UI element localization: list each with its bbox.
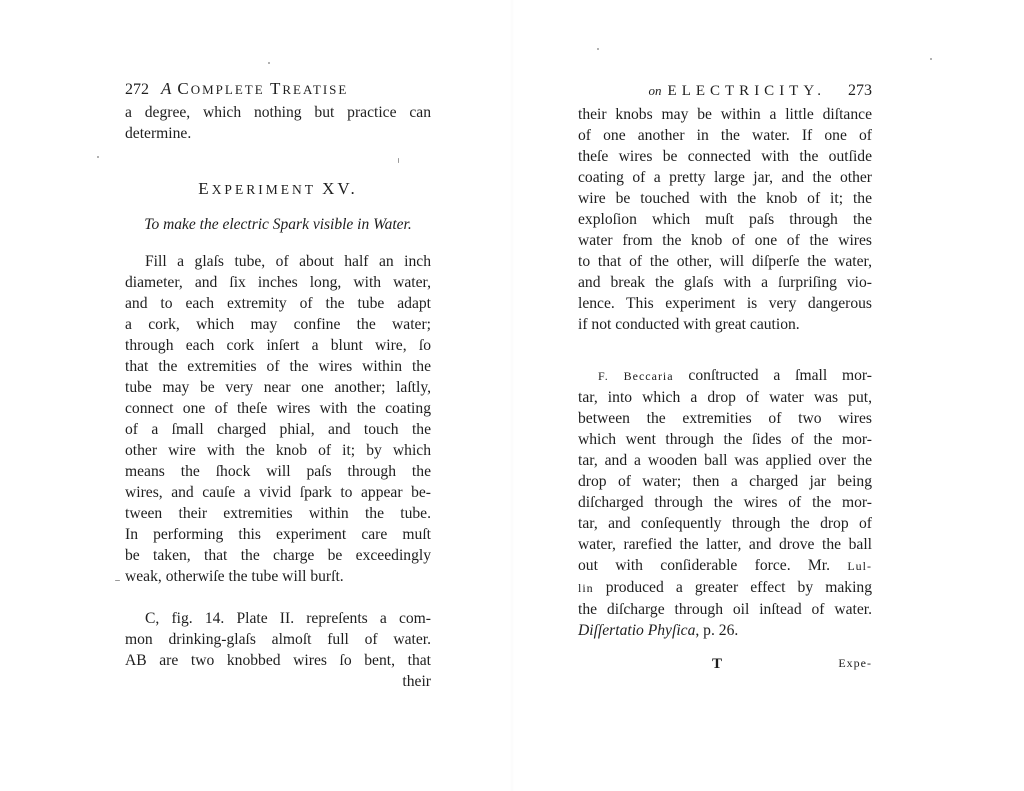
experiment-subheading: To make the electric Spark visible in Wa…	[125, 214, 431, 235]
text-line: and to each extremity of the tube adapt	[125, 293, 431, 314]
text-line: F. Beccaria conſtructed a ſmall mor-	[578, 365, 872, 387]
text-line: wire be touched with the knob of it; the	[578, 188, 872, 209]
text-line: if not conducted with great caution.	[578, 314, 872, 335]
running-head-title-left: COMPLETE TREATISE	[177, 78, 348, 100]
text-line: means the ſhock will paſs through the	[125, 461, 431, 482]
text-line: tar, into which a drop of water was put,	[578, 387, 872, 408]
text-line: tar, and conſequently through the drop o…	[578, 513, 872, 534]
text-line: tar, and a wooden ball was applied over …	[578, 450, 872, 471]
text-line: mon drinking-glaſs almoſt full of water.	[125, 629, 431, 650]
text-line: connect one of theſe wires with the coat…	[125, 398, 431, 419]
person-name-beccaria: F. Beccaria	[598, 369, 674, 383]
page-number-left: 272	[125, 79, 149, 100]
text-line: lence. This experiment is very dangerous	[578, 293, 872, 314]
text-line: determine.	[125, 123, 431, 144]
signature-mark: T	[712, 656, 722, 673]
text-line: be taken, that the charge be exceedingly	[125, 545, 431, 566]
catchword-left: their	[125, 671, 431, 692]
text-line: drop of water; then a charged jar being	[578, 471, 872, 492]
person-name-lullin: Lul-	[847, 559, 872, 573]
experiment-heading: EXPERIMENT XV.	[125, 178, 431, 200]
text-line: between the extremities of two wires	[578, 408, 872, 429]
page-number-right: 273	[848, 80, 872, 101]
text-line: tween their extremities within the tube.	[125, 503, 431, 524]
text-line: to that of the other, will diſperſe the …	[578, 251, 872, 272]
text-line: out with conſiderable force. Mr. Lul-	[578, 555, 872, 577]
left-text-column: 272 A COMPLETE TREATISE a degree, which …	[125, 78, 431, 692]
paragraph-fig-14: C, fig. 14. Plate II. repreſents a com- …	[125, 608, 431, 692]
text-line: exploſion which muſt paſs through the	[578, 209, 872, 230]
running-head-prefix: on	[649, 80, 662, 101]
text-line: of one another in the water. If one of	[578, 125, 872, 146]
text-line: Fill a glaſs tube, of about half an inch	[125, 251, 431, 272]
paragraph-beccaria: F. Beccaria conſtructed a ſmall mor- tar…	[578, 365, 872, 641]
right-text-column: on ELECTRICITY. 273 their knobs may be w…	[578, 80, 872, 641]
text-line: C, fig. 14. Plate II. repreſents a com-	[125, 608, 431, 629]
left-running-head: 272 A COMPLETE TREATISE	[125, 78, 431, 102]
scan-speck	[268, 62, 270, 64]
text-line: AB are two knobbed wires ſo bent, that	[125, 650, 431, 671]
text-line: their knobs may be within a little diſta…	[578, 104, 872, 125]
text-line: weak, otherwiſe the tube will burſt.	[125, 566, 431, 587]
citation: Diſſertatio Phyſica, p. 26.	[578, 620, 872, 641]
paragraph-continued: their knobs may be within a little diſta…	[578, 104, 872, 335]
text-line: through each cork inſert a blunt wire, ſ…	[125, 335, 431, 356]
scan-speck	[930, 58, 932, 60]
text-line: a degree, which nothing but practice can	[125, 102, 431, 123]
right-running-head: on ELECTRICITY. 273	[578, 80, 872, 104]
text-line: In performing this experiment care muſt	[125, 524, 431, 545]
scan-speck	[97, 156, 99, 158]
text-line: of a ſmall charged phial, and touch the	[125, 419, 431, 440]
text-line: which went through the ſides of the mor-	[578, 429, 872, 450]
text-line: diſcharged through the wires of the mor-	[578, 492, 872, 513]
left-page: 272 A COMPLETE TREATISE a degree, which …	[0, 0, 512, 791]
text-line: other wire with the knob of it; by which	[125, 440, 431, 461]
text-line: theſe wires be connected with the outſid…	[578, 146, 872, 167]
right-page: on ELECTRICITY. 273 their knobs may be w…	[512, 0, 1024, 791]
paragraph-experiment-xv: Fill a glaſs tube, of about half an inch…	[125, 251, 431, 587]
text-line: that the extremities of the wires within…	[125, 356, 431, 377]
scan-speck	[115, 580, 120, 581]
text-line: and break the glaſs with a ſurpriſing vi…	[578, 272, 872, 293]
text-line: a cork, which may confine the water;	[125, 314, 431, 335]
text-line: lin produced a greater effect by making	[578, 577, 872, 599]
text-line: wires, and cauſe a vivid ſpark to appear…	[125, 482, 431, 503]
scan-speck	[398, 158, 399, 163]
text-line: diameter, and ſix inches long, with wate…	[125, 272, 431, 293]
text-line: tube may be very near one another; laſtl…	[125, 377, 431, 398]
text-line: the diſcharge through oil inſtead of wat…	[578, 599, 872, 620]
running-head-article: A	[161, 78, 171, 99]
catchword-right: Expe-	[838, 656, 872, 671]
text-line: water, rarefied the latter, and drove th…	[578, 534, 872, 555]
text-line: water from the knob of one of the wires	[578, 230, 872, 251]
running-head-title-right: ELECTRICITY.	[668, 81, 826, 102]
text-line: coating of a pretty large jar, and the o…	[578, 167, 872, 188]
scan-speck	[597, 48, 599, 50]
